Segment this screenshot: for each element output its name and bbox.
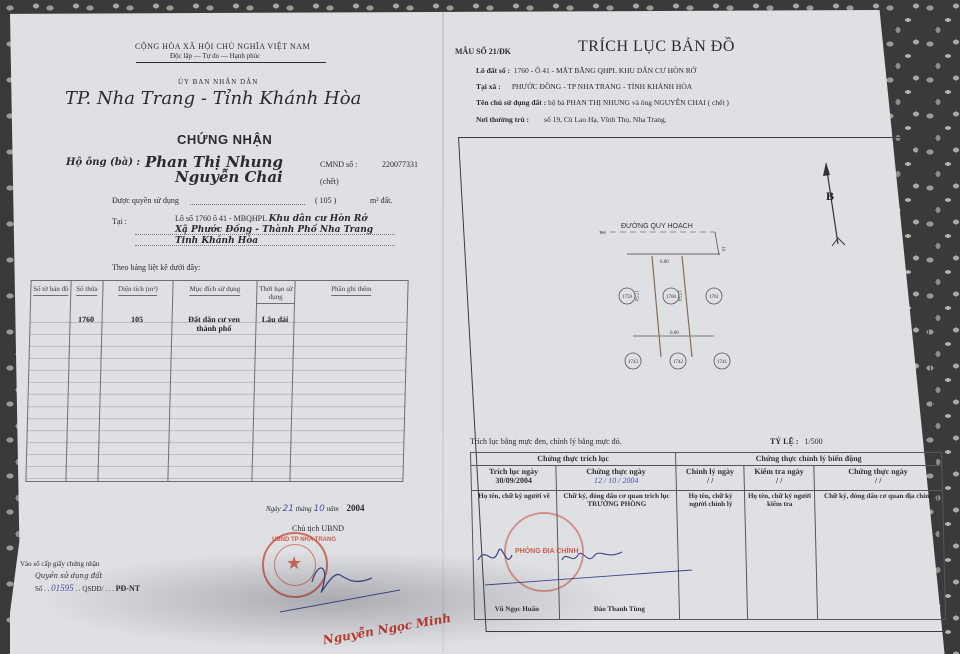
adjust-date-cell: Chỉnh lý ngày/ / — [676, 466, 745, 491]
stamp-text: PHÒNG ĐỊA CHÍNH — [515, 548, 579, 555]
svg-text:1743: 1743 — [628, 360, 639, 365]
svg-text:10: 10 — [720, 246, 725, 252]
group-adjust: Chứng thực chỉnh lý biến động — [676, 453, 942, 466]
parcel-1760: 6.00 6.00 17.50 17.50 — [633, 256, 714, 357]
svg-text:17.50: 17.50 — [676, 290, 681, 302]
svg-text:ĐƯỜNG QUY HOẠCH: ĐƯỜNG QUY HOẠCH — [621, 221, 693, 230]
svg-text:1742: 1742 — [673, 360, 684, 365]
certifier-name: Đào Thanh Tùng — [560, 605, 679, 613]
svg-text:Tim: Tim — [599, 230, 606, 235]
drawer-name: Vũ Ngọc Huấn — [475, 605, 559, 613]
check-date-cell: Kiểm tra ngày/ / — [744, 466, 815, 491]
agency-sign-cell: Chữ ký, đóng dấu cơ quan địa chính — [814, 491, 945, 620]
svg-text:1760: 1760 — [666, 295, 677, 300]
svg-text:6.00: 6.00 — [670, 331, 679, 336]
certify-date-cell: Chứng thực ngày12 / 10 / 2004 — [556, 466, 677, 491]
adjuster-sign-cell: Họ tên, chữ ký người chỉnh lý — [676, 491, 747, 620]
extract-date-cell: Trích lục ngày30/09/2004 — [471, 466, 557, 491]
svg-text:6.00: 6.00 — [660, 260, 669, 265]
ink-caption: Trích lục bằng mực đen, chỉnh lý bằng mự… — [470, 437, 622, 446]
north-arrow-icon: B — [823, 162, 845, 246]
cert2-date-cell: Chứng thực ngày/ / — [814, 466, 943, 491]
svg-text:1761: 1761 — [709, 295, 720, 300]
scale: TỶ LỆ : 1/500 — [770, 437, 823, 446]
svg-text:B: B — [826, 189, 834, 203]
group-extract: Chứng thực trích lục — [471, 453, 676, 466]
svg-text:1759: 1759 — [622, 295, 633, 300]
svg-text:1741: 1741 — [717, 360, 728, 365]
checker-sign-cell: Họ tên, chữ ký người kiểm tra — [744, 491, 817, 620]
planned-road: ĐƯỜNG QUY HOẠCH Tim 10 — [599, 221, 725, 255]
